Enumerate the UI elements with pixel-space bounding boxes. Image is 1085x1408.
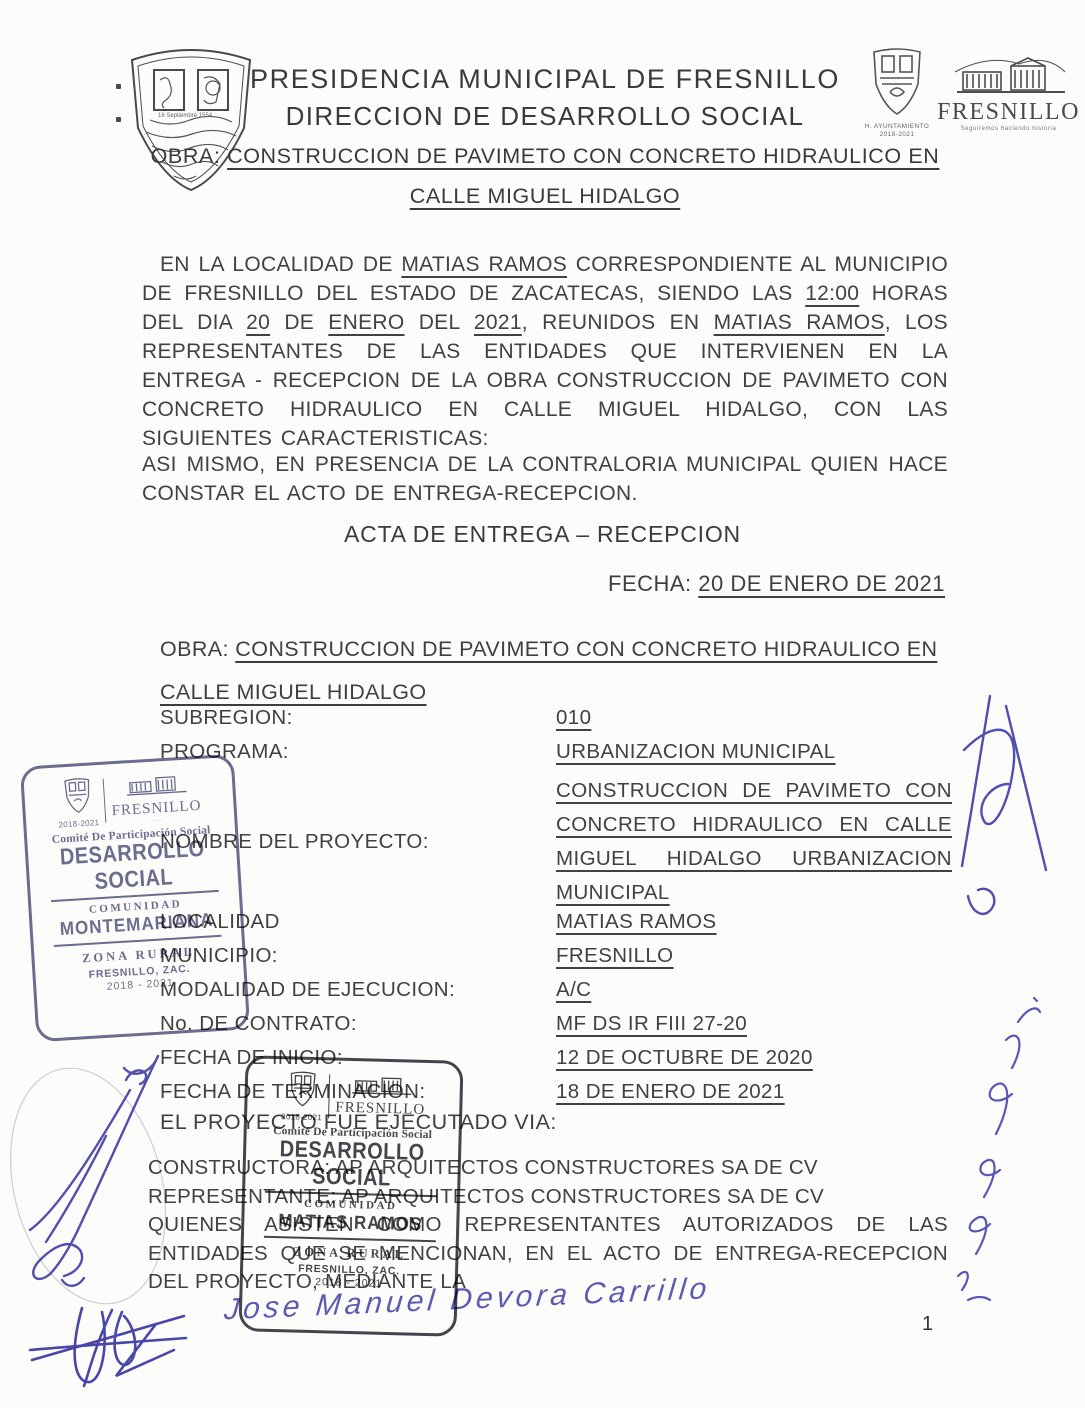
field-value: MATIAS RAMOS — [556, 910, 716, 933]
stamp-fresnillo-wordmark: FRESNILLO — [335, 1099, 425, 1118]
header-title-line1: PRESIDENCIA MUNICIPAL DE FRESNILLO — [150, 64, 940, 95]
fecha-line: FECHA: 20 DE ENERO DE 2021 — [608, 571, 945, 597]
fresnillo-logo: FRESNILLO Seguiremos haciendo historia — [936, 52, 1081, 132]
contraloria-paragraph: ASI MISMO, EN PRESENCIA DE LA CONTRALORI… — [142, 450, 948, 508]
stamp-montemariana: 2018-2021 FRESNILLO ····· Comité De Part… — [20, 754, 250, 1043]
stamp-divider — [264, 1236, 436, 1243]
header-title-line2: DIRECCION DE DESARROLLO SOCIAL — [150, 101, 940, 132]
field-value: URBANIZACION MUNICIPAL — [556, 740, 836, 763]
stamp-logos: 2018-2021 FRESNILLO ····· — [56, 769, 203, 830]
fresnillo-tagline: Seguiremos haciendo historia — [936, 126, 1081, 132]
stamp-title: DESARROLLO SOCIAL — [36, 835, 231, 900]
field-value: 18 DE ENERO DE 2021 — [556, 1080, 785, 1103]
underlined-year: 2021 — [474, 311, 522, 334]
field-row-contrato: No. DE CONTRATO: MF DS IR FIII 27-20 — [160, 1012, 952, 1046]
stamp-shield-years: 2018-2021 — [281, 1112, 322, 1122]
stamp-community-name: MATIAS RAMOS — [278, 1210, 422, 1236]
obra-section-value: CONSTRUCCION DE PAVIMETO CON CONCRETO HI… — [160, 637, 937, 704]
signature-bottom-left-scribble — [24, 1298, 194, 1398]
fecha-value: 20 DE ENERO DE 2021 — [698, 571, 945, 596]
underlined-locality2: MATIAS RAMOS — [714, 311, 885, 334]
stamp-building-icon — [117, 771, 192, 797]
fresnillo-wordmark: FRESNILLO — [936, 99, 1081, 126]
stamp-zone: ZONA RURAL — [293, 1245, 406, 1263]
stamp-building-icon — [344, 1072, 419, 1096]
acta-title: ACTA DE ENTREGA – RECEPCION — [0, 521, 1085, 548]
field-row-modalidad: MODALIDAD DE EJECUCION: A/C — [160, 978, 952, 1012]
stamp-city: FRESNILLO, ZAC. — [298, 1263, 400, 1278]
intro-paragraph: EN LA LOCALIDAD DE MATIAS RAMOS CORRESPO… — [142, 250, 948, 453]
signature-left-flourish — [8, 1018, 183, 1313]
text-segment: DEL — [404, 311, 473, 334]
scanned-document-page: 16 Septiembre 1554 PRESIDENCIA MUNICIPAL… — [0, 0, 1085, 1408]
text-segment: , REUNIDOS EN — [522, 311, 714, 334]
project-fields: SUBREGION: 010 PROGRAMA: URBANIZACION MU… — [160, 706, 952, 1114]
obra-name-underlined: CONSTRUCCION DE PAVIMETO CON CONCRETO HI… — [227, 144, 939, 168]
fresnillo-building-icon — [949, 52, 1069, 96]
field-label: SUBREGION: — [160, 706, 556, 730]
fecha-label: FECHA: — [608, 571, 698, 596]
field-value: FRESNILLO — [556, 944, 674, 967]
signature-right-middle — [948, 688, 1060, 943]
underlined-month: ENERO — [328, 311, 404, 334]
ayuntamiento-caption-line2: 2018-2021 — [864, 131, 930, 139]
header-obra: OBRA: CONSTRUCCION DE PAVIMETO CON CONCR… — [120, 136, 970, 216]
field-value: A/C — [556, 978, 591, 1001]
document-header: PRESIDENCIA MUNICIPAL DE FRESNILLO DIREC… — [150, 64, 940, 132]
field-row-programa: PROGRAMA: URBANIZACION MUNICIPAL — [160, 740, 952, 774]
ayuntamiento-caption-line1: H. AYUNTAMIENTO — [864, 123, 930, 131]
field-value: CONSTRUCCION DE PAVIMETO CON CONCRETO HI… — [556, 774, 952, 910]
text-segment: EN LA LOCALIDAD DE — [160, 253, 401, 276]
field-row-localidad: LOCALIDAD MATIAS RAMOS — [160, 910, 952, 944]
obra-prefix: OBRA: — [151, 144, 227, 168]
obra-section-label: OBRA: — [160, 637, 235, 661]
ayuntamiento-shield-icon — [870, 44, 924, 118]
underlined-locality: MATIAS RAMOS — [401, 253, 567, 276]
stamp-shield-icon — [287, 1069, 318, 1108]
field-value: 12 DE OCTUBRE DE 2020 — [556, 1046, 813, 1069]
field-row-subregion: SUBREGION: 010 — [160, 706, 952, 740]
signature-right-vertical — [934, 982, 1052, 1317]
stamp-shield-icon — [61, 775, 93, 815]
field-row-municipio: MUNICIPIO: FRESNILLO — [160, 944, 952, 978]
page-number: 1 — [922, 1313, 933, 1336]
stamp-logos: 2018-2021 FRESNILLO ····· — [281, 1069, 426, 1125]
field-value: 010 — [556, 706, 591, 729]
obra-street-underlined: CALLE MIGUEL HIDALGO — [410, 184, 680, 208]
underlined-time: 12:00 — [805, 282, 859, 305]
stamp-shield-years: 2018-2021 — [58, 818, 99, 829]
field-value: MF DS IR FIII 27-20 — [556, 1012, 747, 1035]
ayuntamiento-logo: H. AYUNTAMIENTO 2018-2021 — [864, 44, 930, 139]
text-segment: DE — [270, 311, 328, 334]
underlined-day: 20 — [246, 311, 270, 334]
stamp-title: DESARROLLO SOCIAL — [253, 1136, 450, 1194]
stamp-community-label: COMUNIDAD — [304, 1198, 398, 1212]
field-row-nombre-proyecto: NOMBRE DEL PROYECTO: CONSTRUCCION DE PAV… — [160, 774, 952, 910]
obra-section: OBRA: CONSTRUCCION DE PAVIMETO CON CONCR… — [160, 628, 960, 714]
